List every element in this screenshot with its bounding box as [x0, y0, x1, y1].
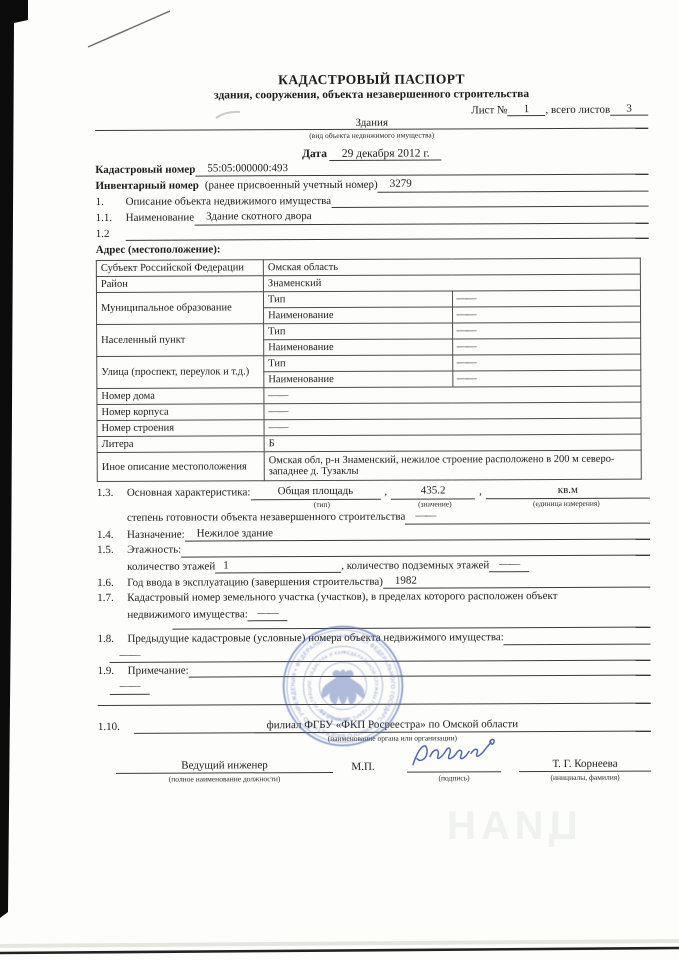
item-1-1-value: Здание скотного двора [194, 209, 649, 225]
item-1-6-value: 1982 [383, 574, 650, 590]
address-subrow-key: Наименование [264, 339, 453, 356]
value-hint: (значение) [387, 500, 483, 508]
address-row-label: Муниципальное образование [96, 292, 263, 325]
document-subtitle: здания, сооружения, объекта незавершенно… [95, 88, 648, 102]
address-subrow-key: Тип [264, 323, 453, 340]
total-sheets-label: , всего листов [545, 104, 610, 116]
faint-watermark: ЦИАН [442, 804, 578, 849]
address-row-label: Номер дома [97, 388, 264, 405]
date-line: Дата 29 декабря 2012 г. [95, 147, 648, 161]
org-name: филиал ФГБУ «ФКП Росреестра» по Омской о… [134, 717, 651, 734]
item-1-2-no: 1.2 [96, 227, 126, 241]
address-subrow-value: —— [452, 355, 641, 372]
item-1-7-line1: Кадастровый номер земельного участка (уч… [127, 590, 557, 605]
position-column: Ведущий инженер (полное наименование дол… [116, 759, 333, 784]
inventory-number-line: Инвентарный номер (ранее присвоенный уче… [95, 177, 648, 194]
item-1-7: 1.7. Кадастровый номер земельного участк… [97, 590, 650, 606]
item-1-10-no: 1.10. [98, 721, 134, 735]
cadastral-number-label: Кадастровый номер [95, 164, 195, 178]
document-title: КАДАСТРОВЫЙ ПАСПОРТ [95, 71, 648, 89]
pencil-mark-line [88, 11, 170, 47]
item-1-4-no: 1.4. [97, 529, 127, 543]
item-1-8-text: Предыдущие кадастровые (условные) номера… [127, 631, 503, 646]
signature-hint: (подпись) [407, 773, 501, 782]
address-row-value: —— [264, 403, 641, 421]
floors-line: количество этажей 1 , количество подземн… [97, 557, 650, 574]
item-1-4: 1.4. Назначение: Нежилое здание [97, 525, 650, 542]
item-1-no: 1. [96, 196, 126, 210]
item-1-5-label: Этажность: [127, 544, 181, 558]
address-subrow-value: —— [452, 307, 641, 324]
floors-label: количество этажей [127, 560, 215, 574]
name-column: Т. Г. Корнеева (инициалы, фамилия) [519, 758, 651, 783]
item-1-2: 1.2 [96, 225, 649, 241]
readiness-line: степень готовности объекта незавершенног… [97, 509, 650, 526]
readiness-rule [445, 520, 650, 524]
org-hint: (наименование органа или организации) [134, 733, 651, 744]
item-1-9-no: 1.9. [98, 665, 128, 679]
address-subrow-key: Тип [264, 355, 453, 372]
address-row-value: Знаменский [263, 275, 640, 293]
address-subrow-key: Тип [263, 291, 452, 308]
mp-seal-placeholder: М.П. [343, 761, 383, 783]
item-1-1: 1.1. Наименование Здание скотного двора [96, 209, 649, 226]
total-sheets-value: 3 [610, 103, 648, 116]
address-subrow-value: —— [452, 291, 641, 308]
item-1-5-rule [181, 552, 650, 557]
item-1-6: 1.6. Год ввода в эксплуатацию (завершени… [97, 574, 650, 591]
characteristic-value: 435.2 [391, 485, 475, 500]
item-1-7-line2-row: недвижимого имущества: —— [97, 605, 650, 622]
item-1-6-label: Год ввода в эксплуатацию (завершения стр… [127, 576, 383, 591]
inventory-number-label: Инвентарный номер [95, 180, 198, 194]
sheet-counter: Лист № 1 , всего листов 3 [95, 103, 648, 118]
inventory-number-hint: (ранее присвоенный учетный номер) [205, 179, 378, 193]
address-row-value: Б [264, 435, 641, 453]
address-row-label: Номер строения [97, 420, 264, 437]
item-1-7-no: 1.7. [97, 592, 127, 606]
address-subrow-value: —— [452, 371, 641, 388]
item-1-3-hints: (тип) (значение) (единица измерения) [97, 499, 650, 509]
item-1-1-label: Наименование [126, 212, 195, 226]
item-1-9-value-row: —— [98, 678, 651, 695]
object-kind: Здания [95, 116, 648, 131]
address-row-label: Населенный пункт [97, 324, 264, 357]
item-1-9-value: —— [110, 680, 150, 695]
signature-line [407, 758, 501, 772]
floors-value: 1 [215, 558, 341, 573]
address-row-value: Омская обл, р-н Знаменский, нежилое стро… [264, 451, 641, 482]
address-row-value: Омская область [263, 259, 640, 277]
item-1-10: 1.10. филиал ФГБУ «ФКП Росреестра» по Ом… [98, 717, 651, 734]
type-hint: (тип) [257, 501, 387, 509]
item-1-6-no: 1.6. [97, 577, 127, 591]
underground-label: , количество подземных этажей [341, 559, 489, 573]
address-row-label: Район [96, 276, 263, 293]
readiness-label: степень готовности объекта незавершенног… [127, 511, 405, 526]
signature-column: (подпись) [407, 758, 501, 782]
signer-name-hint: (инициалы, фамилия) [519, 773, 651, 783]
underground-value: —— [489, 558, 529, 573]
item-1-7-value: —— [248, 607, 288, 622]
address-subrow-key: Наименование [264, 371, 453, 388]
address-row-label: Литера [97, 436, 264, 453]
scan-bottom-shadow [0, 941, 679, 946]
item-1-7-rule [172, 627, 650, 630]
item-1-text: Описание объекта недвижимого имущества [126, 195, 332, 209]
document-content: КАДАСТРОВЫЙ ПАСПОРТ здания, сооружения, … [95, 71, 651, 785]
item-1-9-rule [189, 673, 651, 678]
position-title: Ведущий инженер [116, 759, 333, 774]
address-row-label: Улица (проспект, переулок и т.д.) [97, 356, 264, 389]
scan-bottom-edge [0, 948, 679, 953]
item-1-1-no: 1.1. [96, 212, 126, 226]
item-1-4-value: Нежилое здание [185, 525, 650, 541]
object-kind-hint: (вид объекта недвижимого имущества) [95, 130, 648, 141]
item-1-8-no: 1.8. [97, 633, 127, 647]
item-1-7-line2: недвижимого имущества: [127, 608, 247, 622]
cadastral-number-value: 55:05:000000:493 [195, 161, 648, 177]
item-1-4-label: Назначение: [127, 528, 185, 542]
sheet-number: 1 [507, 103, 545, 116]
item-1-3-no: 1.3. [97, 487, 127, 501]
item-1-8: 1.8. Предыдущие кадастровые (условные) н… [97, 631, 650, 647]
item-1-9-label: Примечание: [128, 665, 189, 679]
address-subrow-key: Наименование [264, 307, 453, 324]
blank-rule [98, 702, 651, 705]
table-row: Иное описание местоположения Омская обл,… [97, 451, 641, 482]
cadastral-number-line: Кадастровый номер 55:05:000000:493 [95, 161, 648, 178]
item-1-2-rule [126, 236, 649, 241]
address-row-label: Иное описание местоположения [97, 452, 264, 482]
address-table-wrap: Субъект Российской Федерации Омская обла… [96, 258, 650, 482]
address-heading: Адрес (местоположение): [96, 242, 649, 258]
item-1-9: 1.9. Примечание: [98, 663, 651, 679]
item-1-rule [331, 204, 648, 208]
address-row-value: —— [264, 419, 641, 437]
signer-name: Т. Г. Корнеева [519, 758, 651, 773]
unit-hint: (единица измерения) [483, 499, 650, 507]
item-1-5-no: 1.5. [97, 544, 127, 558]
item-1-5: 1.5. Этажность: [97, 542, 650, 558]
date-label: Дата [302, 148, 327, 160]
address-row-value: —— [264, 387, 641, 405]
item-1-8-value-row: —— [98, 646, 651, 663]
inventory-number-value: 3279 [378, 177, 649, 193]
item-1-3-label: Основная характеристика: [127, 487, 251, 501]
address-row-label: Субъект Российской Федерации [96, 260, 263, 277]
characteristic-unit: кв.м [486, 484, 650, 499]
signature-block: Ведущий инженер (полное наименование дол… [98, 758, 651, 784]
address-row-label: Номер корпуса [97, 404, 264, 421]
comma: , [475, 486, 486, 499]
date-value: 29 декабря 2012 г. [330, 147, 442, 160]
address-subrow-value: —— [452, 339, 641, 356]
sheet-label: Лист № [471, 104, 507, 116]
address-subrow-value: —— [452, 323, 641, 340]
comma: , [380, 486, 391, 499]
scan-edge-left-strip [0, 0, 28, 918]
readiness-value: —— [405, 510, 445, 525]
item-1-8-value: —— [110, 648, 150, 663]
item-1: 1. Описание объекта недвижимого имуществ… [96, 193, 649, 209]
scanned-document-page: КАДАСТРОВЫЙ ПАСПОРТ здания, сооружения, … [0, 0, 679, 960]
characteristic-type: Общая площадь [250, 485, 380, 500]
item-1-8-rule [504, 641, 651, 645]
position-hint: (полное наименование должности) [116, 774, 333, 784]
address-table: Субъект Российской Федерации Омская обла… [96, 258, 642, 482]
